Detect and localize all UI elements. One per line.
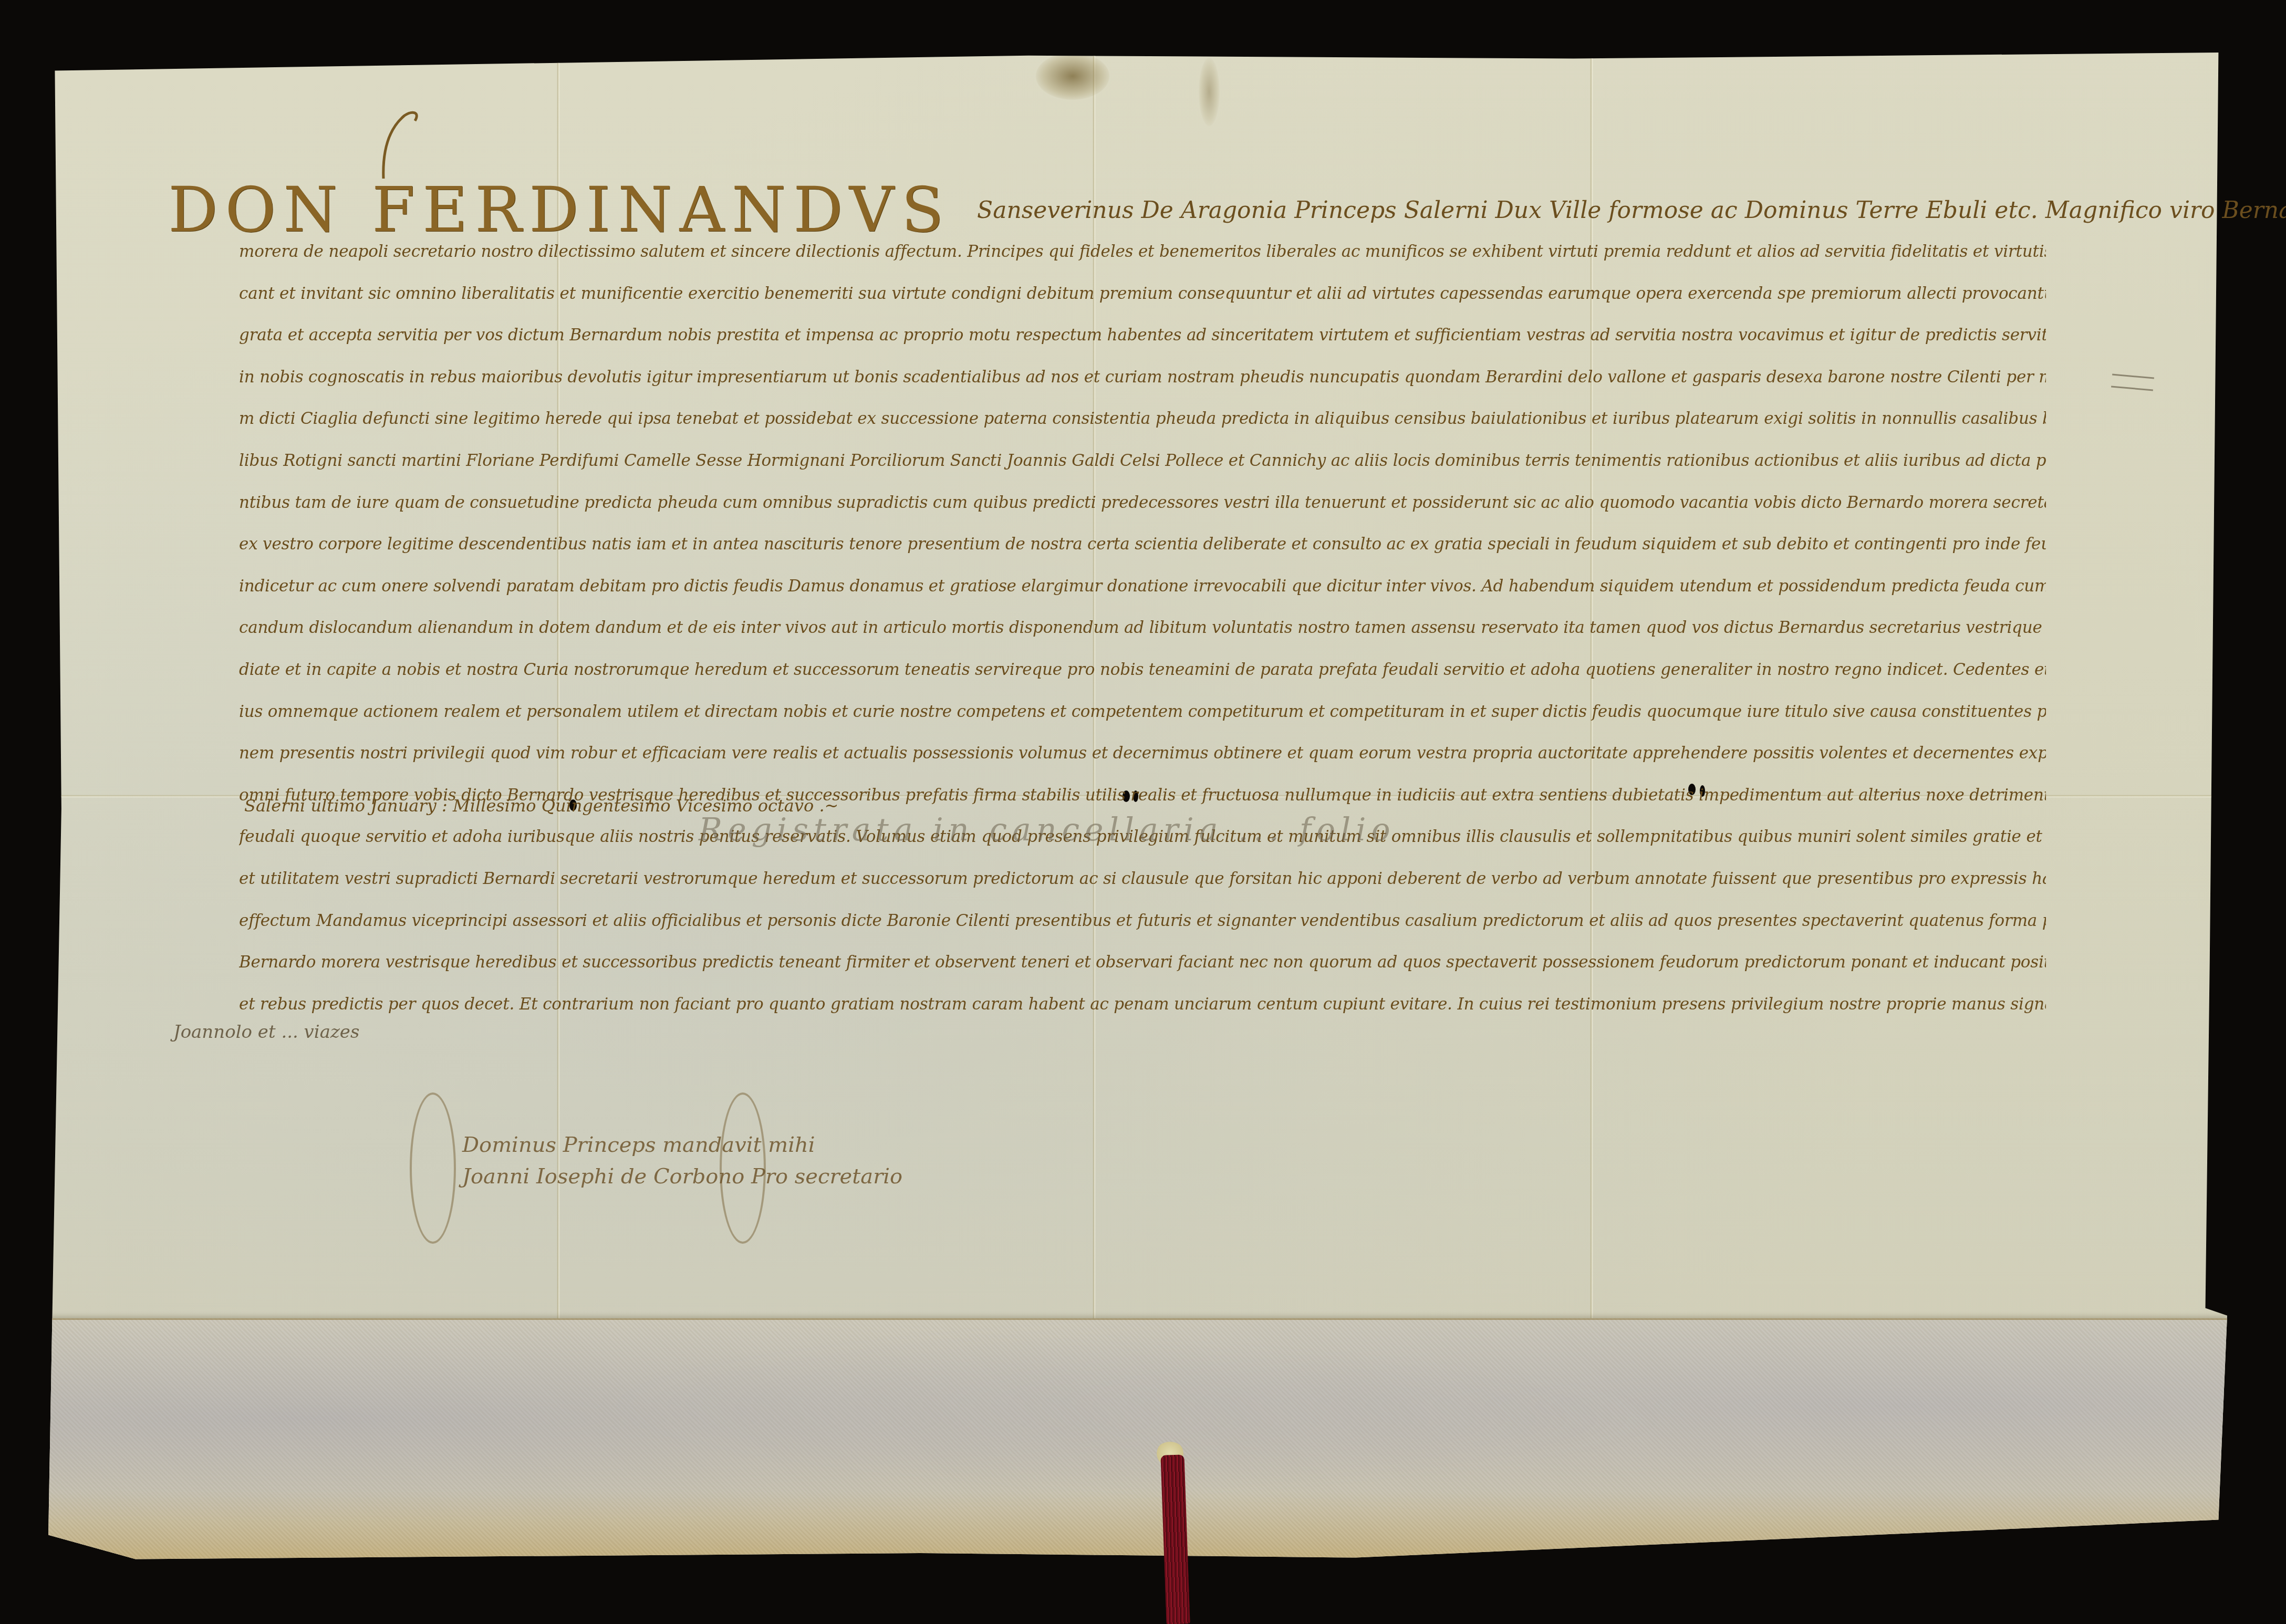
text-line: candum dislocandum alienandum in dotem d… — [239, 607, 2046, 649]
plica-bottom-fold — [48, 1318, 2227, 1565]
text-line: cant et invitant sic omnino liberalitati… — [239, 273, 2046, 315]
text-line: effectum Mandamus viceprincipi assessori… — [239, 900, 2046, 942]
text-line: ntibus tam de iure quam de consuetudine … — [239, 482, 2046, 524]
text-line: et utilitatem vestri supradicti Bernardi… — [239, 858, 2046, 900]
text-line: et rebus predictis per quos decet. Et co… — [239, 984, 2046, 1026]
flourish-icon — [362, 108, 425, 181]
subscription-line: Joanni Iosephi de Corbono Pro secretario — [462, 1161, 902, 1192]
text-line: m dicti Ciaglia defuncti sine legitimo h… — [239, 398, 2046, 440]
text-line: grata et accepta servitia per vos dictum… — [239, 315, 2046, 357]
text-line: in nobis cognoscatis in rebus maioribus … — [239, 357, 2046, 399]
chancery-subscription: Dominus Princeps mandavit mihi Joanni Io… — [462, 1129, 902, 1192]
intitulatio: Sanseverinus De Aragonia Princeps Salern… — [977, 197, 2286, 224]
charter-body: morera de neapoli secretario nostro dile… — [239, 231, 2046, 1025]
text-line: ius omnemque actionem realem et personal… — [239, 691, 2046, 733]
faint-registration-note: Registrata in cancellaria ... folio — [699, 811, 1396, 848]
text-line: indicetur ac cum onere solvendi paratam … — [239, 566, 2046, 608]
ink-stain-top — [1036, 53, 1109, 100]
stain-top — [1199, 58, 1220, 126]
text-line: Bernardo morera vestrisque heredibus et … — [239, 942, 2046, 984]
registry-note: Joannolo et ... viazes — [173, 1022, 359, 1043]
text-line: morera de neapoli secretario nostro dile… — [239, 231, 2046, 273]
text-line: ex vestro corpore legitime descendentibu… — [239, 524, 2046, 566]
text-line: libus Rotigni sancti martini Floriane Pe… — [239, 440, 2046, 482]
text-line: nem presentis nostri privilegii quod vim… — [239, 733, 2046, 775]
text-line: diate et in capite a nobis et nostra Cur… — [239, 649, 2046, 691]
subscription-line: Dominus Princeps mandavit mihi — [462, 1129, 902, 1161]
subscription-bracket-left — [410, 1092, 456, 1244]
